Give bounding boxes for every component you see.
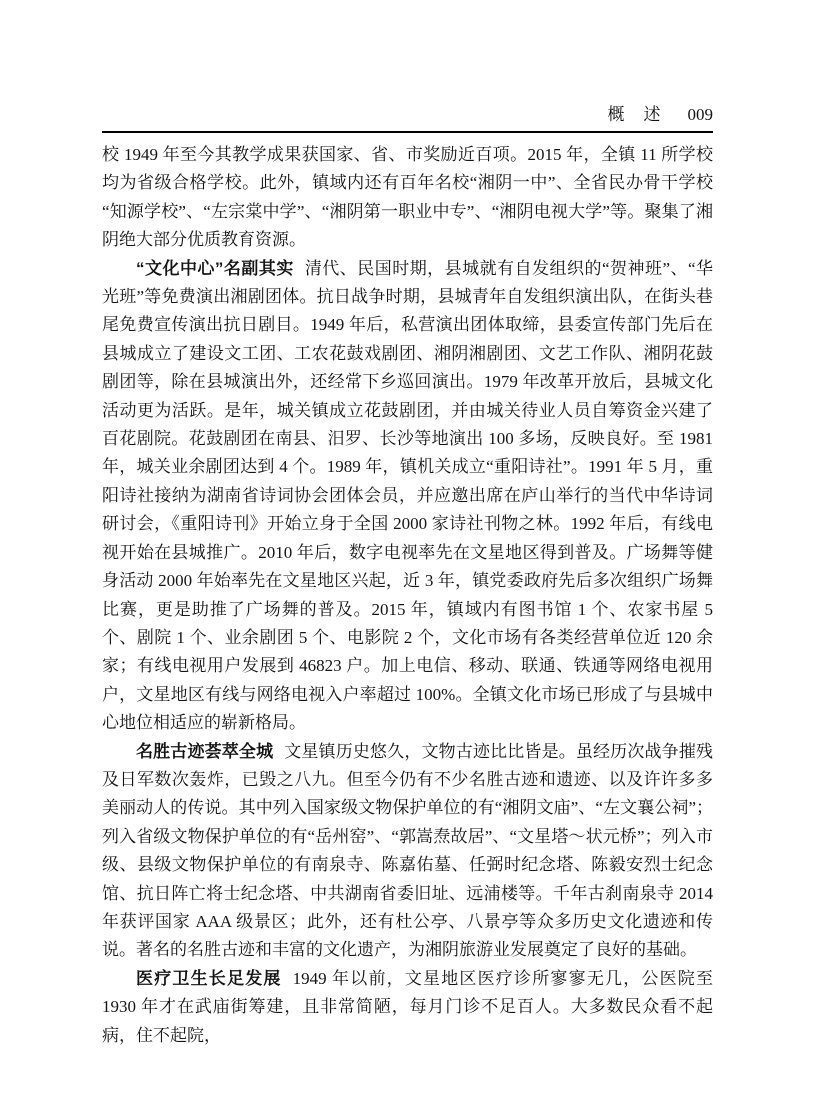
header-rule — [102, 131, 713, 133]
paragraph-text: 清代、民国时期，县城就有自发组织的“贺神班”、“华光班”等免费演出湘剧团体。抗日… — [102, 259, 713, 733]
paragraph-lead: 医疗卫生长足发展 — [136, 969, 282, 988]
document-page: 概 述009 校 1949 年至今其教学成果获国家、省、市奖励近百项。2015 … — [0, 0, 816, 1099]
paragraph-lead: 名胜古迹荟萃全城 — [136, 742, 273, 761]
running-head-title: 概 述 — [608, 105, 662, 124]
page-body: 校 1949 年至今其教学成果获国家、省、市奖励近百项。2015 年，全镇 11… — [102, 141, 713, 1050]
paragraph-historic-sites: 名胜古迹荟萃全城文星镇历史悠久，文物古迹比比皆是。虽经历次战争摧残及日军数次轰炸… — [102, 738, 713, 965]
page-number: 009 — [688, 102, 714, 128]
paragraph-medical-health: 医疗卫生长足发展1949 年以前，文星地区医疗诊所寥寥无几，公医院至 1930 … — [102, 965, 713, 1050]
paragraph-education-continuation: 校 1949 年至今其教学成果获国家、省、市奖励近百项。2015 年，全镇 11… — [102, 141, 713, 255]
running-head: 概 述009 — [102, 102, 713, 128]
paragraph-lead: “文化中心”名副其实 — [136, 259, 294, 278]
paragraph-text: 文星镇历史悠久，文物古迹比比皆是。虽经历次战争摧残及日军数次轰炸，已毁之八九。但… — [102, 742, 713, 960]
paragraph-culture-center: “文化中心”名副其实清代、民国时期，县城就有自发组织的“贺神班”、“华光班”等免… — [102, 255, 713, 738]
paragraph-text: 校 1949 年至今其教学成果获国家、省、市奖励近百项。2015 年，全镇 11… — [102, 145, 713, 249]
